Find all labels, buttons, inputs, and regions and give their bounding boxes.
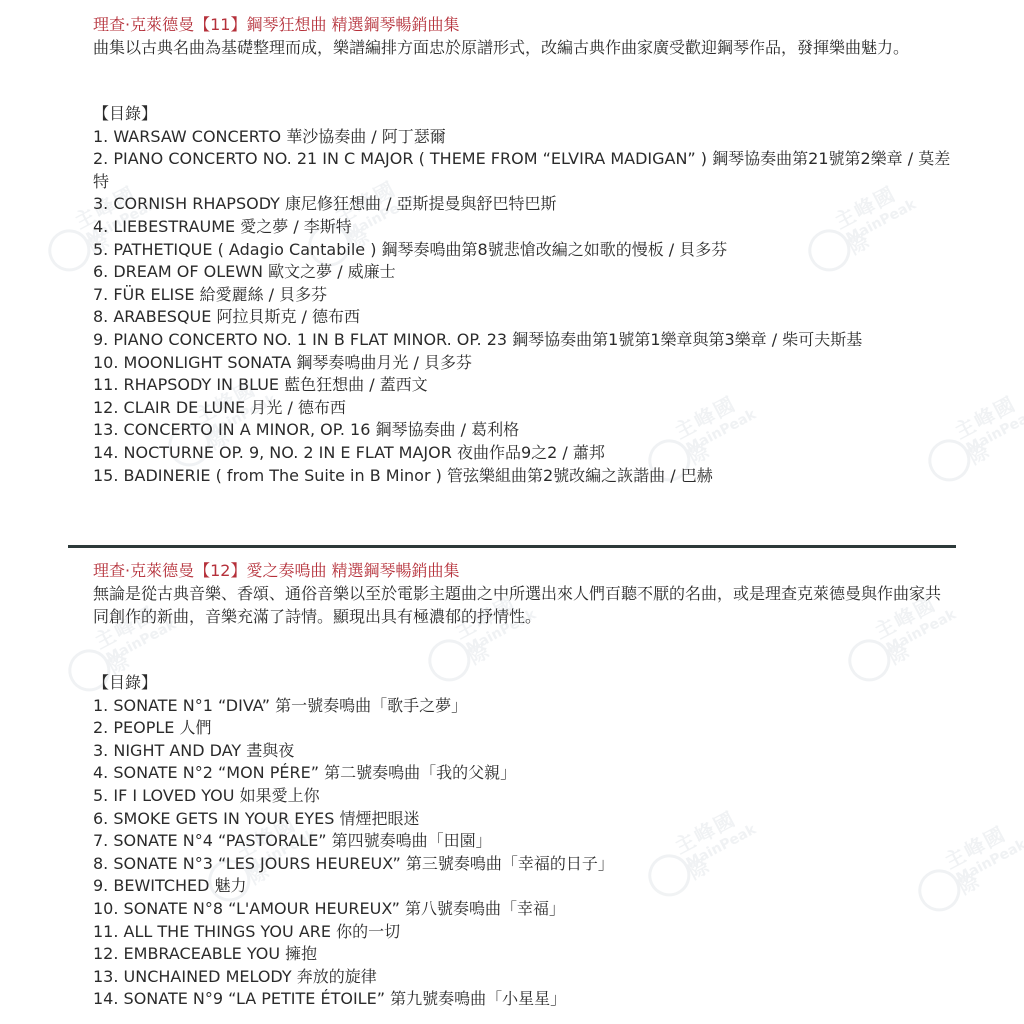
track-item: 3. CORNISH RHAPSODY 康尼修狂想曲 / 亞斯提曼與舒巴特巴斯	[93, 193, 953, 216]
track-item: 12. CLAIR DE LUNE 月光 / 德布西	[93, 397, 953, 420]
track-list: 1. WARSAW CONCERTO 華沙協奏曲 / 阿丁瑟爾 2. PIANO…	[93, 126, 953, 488]
album-description: 無論是從古典音樂、香頌、通俗音樂以至於電影主題曲之中所選出來人們百聽不厭的名曲，…	[93, 582, 948, 628]
album-title: 理查·克萊德曼【11】鋼琴狂想曲 精選鋼琴暢銷曲集	[93, 14, 953, 36]
track-item: 14. NOCTURNE OP. 9, NO. 2 IN E FLAT MAJO…	[93, 442, 953, 465]
track-item: 2. PIANO CONCERTO NO. 21 IN C MAJOR ( TH…	[93, 148, 953, 193]
track-item: 5. IF I LOVED YOU 如果愛上你	[93, 785, 953, 808]
track-item: 11. RHAPSODY IN BLUE 藍色狂想曲 / 蓋西文	[93, 374, 953, 397]
track-item: 14. SONATE N°9 “LA PETITE ÉTOILE” 第九號奏鳴曲…	[93, 988, 953, 1011]
track-list: 1. SONATE N°1 “DIVA” 第一號奏鳴曲「歌手之夢」 2. PEO…	[93, 695, 953, 1011]
track-item: 15. BADINERIE ( from The Suite in B Mino…	[93, 465, 953, 488]
album-title: 理查·克萊德曼【12】愛之奏鳴曲 精選鋼琴暢銷曲集	[93, 560, 953, 582]
track-item: 4. SONATE N°2 “MON PÉRE” 第二號奏鳴曲「我的父親」	[93, 762, 953, 785]
track-item: 1. WARSAW CONCERTO 華沙協奏曲 / 阿丁瑟爾	[93, 126, 953, 149]
track-item: 7. SONATE N°4 “PASTORALE” 第四號奏鳴曲「田園」	[93, 830, 953, 853]
track-item: 5. PATHETIQUE ( Adagio Cantabile ) 鋼琴奏鳴曲…	[93, 239, 953, 262]
toc-heading: 【目錄】	[93, 672, 953, 695]
track-item: 12. EMBRACEABLE YOU 擁抱	[93, 943, 953, 966]
track-item: 2. PEOPLE 人們	[93, 717, 953, 740]
track-item: 10. MOONLIGHT SONATA 鋼琴奏鳴曲月光 / 貝多芬	[93, 352, 953, 375]
track-item: 3. NIGHT AND DAY 晝與夜	[93, 740, 953, 763]
section-divider	[68, 545, 956, 548]
track-item: 6. DREAM OF OLEWN 歐文之夢 / 威廉士	[93, 261, 953, 284]
spacer	[93, 59, 953, 103]
track-item: 4. LIEBESTRAUME 愛之夢 / 李斯特	[93, 216, 953, 239]
album-section-12: 理查·克萊德曼【12】愛之奏鳴曲 精選鋼琴暢銷曲集 無論是從古典音樂、香頌、通俗…	[93, 560, 953, 1011]
track-item: 9. PIANO CONCERTO NO. 1 IN B FLAT MINOR.…	[93, 329, 953, 352]
album-section-11: 理查·克萊德曼【11】鋼琴狂想曲 精選鋼琴暢銷曲集 曲集以古典名曲為基礎整理而成…	[93, 14, 953, 487]
track-item: 13. UNCHAINED MELODY 奔放的旋律	[93, 966, 953, 989]
track-item: 7. FÜR ELISE 給愛麗絲 / 貝多芬	[93, 284, 953, 307]
watermark-text-cn: 主峰國際	[949, 381, 1024, 470]
watermark-text-en: MainPeak	[964, 407, 1024, 457]
track-item: 1. SONATE N°1 “DIVA” 第一號奏鳴曲「歌手之夢」	[93, 695, 953, 718]
track-item: 11. ALL THE THINGS YOU ARE 你的一切	[93, 921, 953, 944]
track-item: 6. SMOKE GETS IN YOUR EYES 情煙把眼迷	[93, 808, 953, 831]
track-item: 9. BEWITCHED 魅力	[93, 875, 953, 898]
track-item: 10. SONATE N°8 “L'AMOUR HEUREUX” 第八號奏鳴曲「…	[93, 898, 953, 921]
album-description: 曲集以古典名曲為基礎整理而成，樂譜編排方面忠於原譜形式，改編古典作曲家廣受歡迎鋼…	[93, 36, 948, 59]
spacer	[93, 628, 953, 672]
watermark-text-en: MainPeak	[954, 837, 1024, 887]
track-item: 8. SONATE N°3 “LES JOURS HEUREUX” 第三號奏鳴曲…	[93, 853, 953, 876]
track-item: 8. ARABESQUE 阿拉貝斯克 / 德布西	[93, 306, 953, 329]
watermark-circle-icon	[41, 222, 98, 279]
toc-heading: 【目錄】	[93, 103, 953, 126]
track-item: 13. CONCERTO IN A MINOR, OP. 16 鋼琴協奏曲 / …	[93, 419, 953, 442]
